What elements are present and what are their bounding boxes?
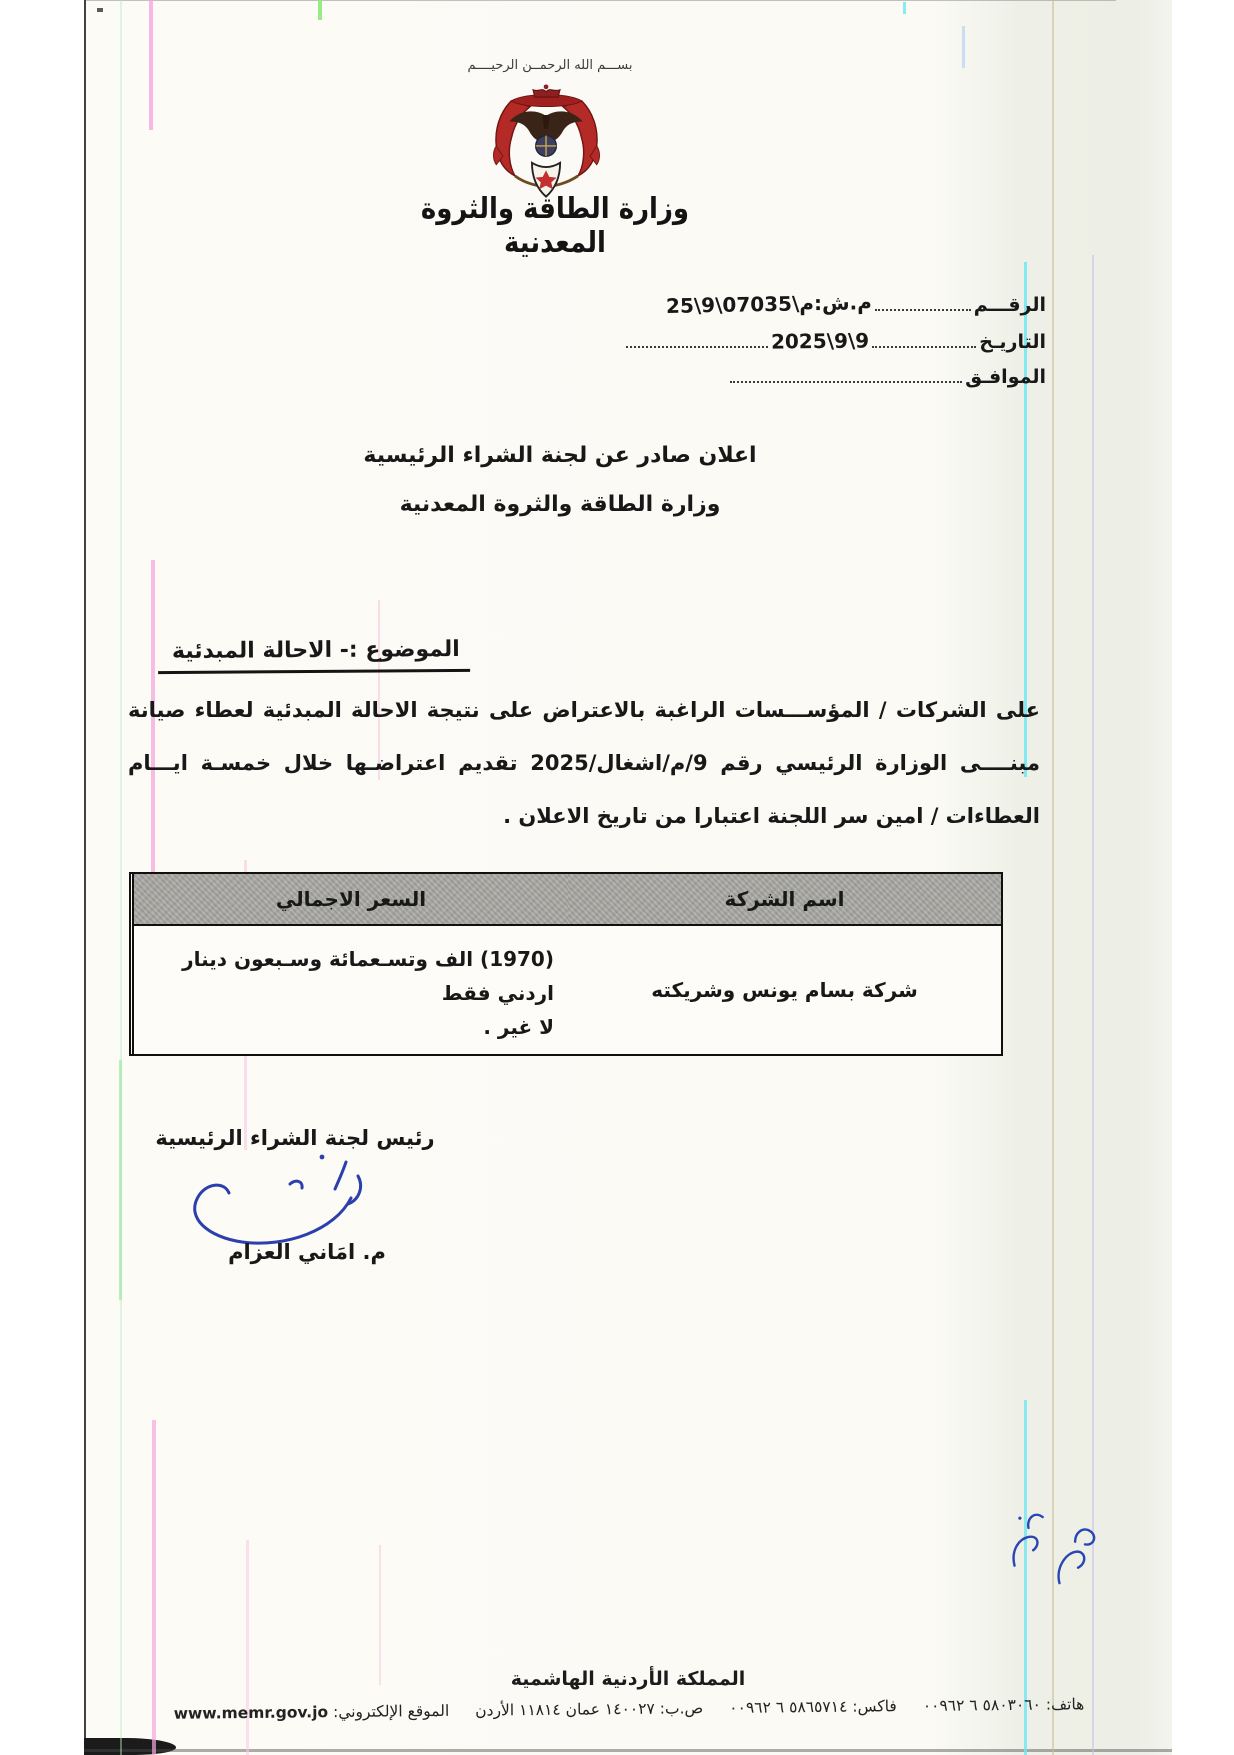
body-line: على الشركات / المؤســـسات الراغبة بالاعت… [128, 684, 1040, 737]
dotted-line [872, 333, 976, 348]
body-line: مبنــــى الوزارة الرئيسي رقم 9/م/اشغال/2… [128, 737, 1040, 790]
scan-smudge [84, 1738, 176, 1755]
footer-website-label: الموقع الإلكتروني: [333, 1702, 449, 1721]
body-line: العطاءات / امين سر اللجنة اعتبارا من تار… [128, 790, 1040, 843]
reference-date-value: 9\9\2025 [771, 328, 869, 353]
award-table: اسم الشركة السعر الاجمالي شركة بسام يونس… [129, 872, 1003, 1056]
price-line: لا غير . [144, 1010, 554, 1044]
scan-edge-line [84, 0, 86, 1755]
footer-fax: فاكس: ٥٨٦٥٧١٤ ٦ ٠٠٩٦٢ [729, 1697, 897, 1717]
signatory-name: م. امَاني العزام [212, 1240, 402, 1264]
price-line: (1970) الف وتسـعمائة وسـبعون دينار اردني… [144, 942, 554, 1010]
basmala-calligraphy: بســـم الله الرحمــن الرحيــــم [430, 58, 670, 73]
ministry-title: وزارة الطاقة والثروة المعدنية [260, 492, 860, 517]
subject-line: الموضوع :- الاحالة المبدئية [158, 637, 470, 674]
footer-phone: هاتف: ٥٨٠٣٠٦٠ ٦ ٠٠٩٦٢ [923, 1695, 1085, 1715]
reference-number-row: الرقـــمم.ش:م\07035\9\25 [666, 292, 1046, 316]
reference-number-value: م.ش:م\07035\9\25 [666, 290, 872, 318]
reference-date-label: التاريـخ [979, 331, 1046, 353]
table-header-row: اسم الشركة السعر الاجمالي [131, 874, 1001, 926]
price-header-cell: السعر الاجمالي [132, 874, 568, 926]
company-cell: شركة بسام يونس وشريكته [568, 926, 1001, 1054]
scan-edge-line [86, 0, 1116, 1]
table-row: شركة بسام يونس وشريكته (1970) الف وتسـعم… [131, 926, 1001, 1054]
reference-agreed-label: الموافـق [965, 366, 1046, 388]
price-cell: (1970) الف وتسـعمائة وسـبعون دينار اردني… [132, 926, 568, 1054]
reference-block: الرقـــمم.ش:م\07035\9\25 التاريـخ9\9\202… [666, 292, 1046, 401]
company-header-cell: اسم الشركة [568, 874, 1001, 926]
kingdom-calligraphy: المملكة الأردنية الهاشمية [128, 1668, 1128, 1690]
dotted-line [730, 368, 962, 383]
dotted-line [626, 333, 768, 348]
reference-date-row: التاريـخ9\9\2025 [666, 329, 1046, 353]
jordan-royal-emblem-icon [479, 84, 614, 210]
reference-agreed-row: الموافـق [666, 366, 1046, 388]
scanned-document-page: بســـم الله الرحمــن الرحيــــم وزارة ال… [0, 0, 1234, 1755]
footer-website-url: www.memr.gov.jo [174, 1703, 329, 1723]
ministry-calligraphy: وزارة الطاقة والثروة المعدنية [400, 192, 710, 259]
scan-smudge [84, 1749, 1172, 1752]
announcement-title: اعلان صادر عن لجنة الشراء الرئيسية [260, 443, 860, 468]
body-paragraph: على الشركات / المؤســـسات الراغبة بالاعت… [128, 684, 1040, 843]
footer-pobox: ص.ب: ١٤٠٠٢٧ عمان ١١٨١٤ الأردن [475, 1699, 703, 1719]
dotted-line [875, 296, 971, 311]
reference-number-label: الرقـــم [974, 294, 1046, 316]
